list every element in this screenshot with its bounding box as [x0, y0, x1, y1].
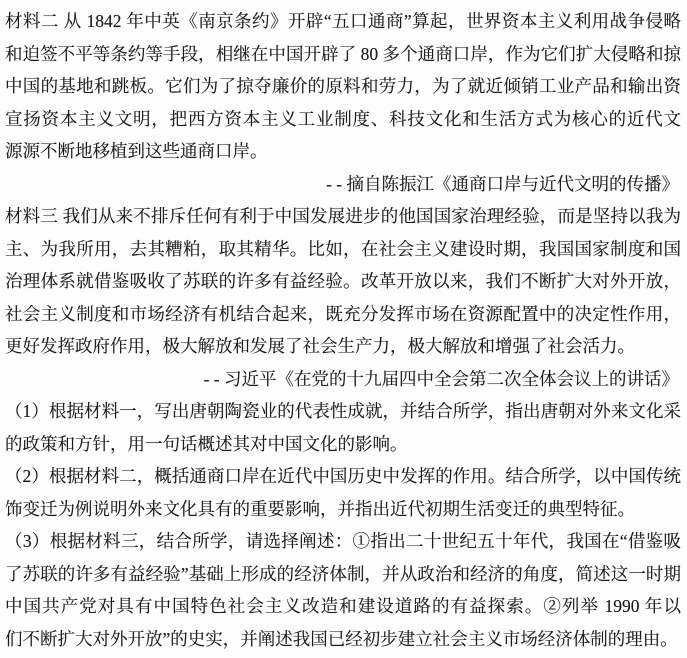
question-3: （3）根据材料三，结合所学，请选择阐述：①指出二十世纪五十年代，我国在“借鉴吸收…: [5, 525, 681, 655]
material3-line: 更好发挥政府作用，极大解放和发展了社会生产力，极大解放和增强了社会活力。: [5, 330, 681, 363]
question-2: （2）根据材料二，概括通商口岸在近代中国历史中发挥的作用。结合所学，以中国传统服…: [5, 460, 681, 525]
material3-line: 主、为我所用，去其糟粕，取其精华。比如，在社会主义建设时期，我国国家制度和国家: [5, 233, 681, 266]
question1-line: 的政策和方针，用一句话概述其对中国文化的影响。: [5, 428, 681, 461]
material-3-paragraph: 材料三 我们从来不排斥任何有利于中国发展进步的他国国家治理经验，而是坚持以我为 …: [5, 200, 681, 395]
question3-line: 中国共产党对具有中国特色社会主义改造和建设道路的有益探索。②列举 1990 年以…: [5, 590, 681, 623]
material2-line: 宣扬资本主义文明，把西方资本主义工业制度、科技文化和生活方式为核心的近代文明，: [5, 103, 681, 136]
question1-line: （1）根据材料一，写出唐朝陶瓷业的代表性成就，并结合所学，指出唐朝对外来文化采取: [5, 395, 681, 428]
document-page: 材料二 从 1842 年中英《南京条约》开辟“五口通商”算起，世界资本主义利用战…: [0, 0, 687, 658]
material2-source-citation: - - 摘自陈振江《通商口岸与近代文明的传播》: [5, 168, 681, 201]
question3-line: （3）根据材料三，结合所学，请选择阐述：①指出二十世纪五十年代，我国在“借鉴吸收: [5, 525, 681, 558]
material3-line: 治理体系就借鉴吸收了苏联的许多有益经验。改革开放以来，我们不断扩大对外开放，把: [5, 265, 681, 298]
material2-line: 源源不断地移植到这些通商口岸。: [5, 135, 681, 168]
material3-line: 材料三 我们从来不排斥任何有利于中国发展进步的他国国家治理经验，而是坚持以我为: [5, 200, 681, 233]
question2-line: （2）根据材料二，概括通商口岸在近代中国历史中发挥的作用。结合所学，以中国传统服: [5, 460, 681, 493]
material3-source-citation: - - 习近平《在党的十九届四中全会第二次全体会议上的讲话》: [5, 363, 681, 396]
material2-line: 和迫签不平等条约等手段，相继在中国开辟了 80 多个通商口岸，作为它们扩大侵略和…: [5, 38, 681, 71]
question3-line: 们不断扩大对外开放”的史实，并阐述我国已经初步建立社会主义市场经济体制的理由。: [5, 623, 681, 656]
material3-line: 社会主义制度和市场经济有机结合起来，既充分发挥市场在资源配置中的决定性作用，又: [5, 298, 681, 331]
material-2-paragraph: 材料二 从 1842 年中英《南京条约》开辟“五口通商”算起，世界资本主义利用战…: [5, 5, 681, 200]
question-1: （1）根据材料一，写出唐朝陶瓷业的代表性成就，并结合所学，指出唐朝对外来文化采取…: [5, 395, 681, 460]
material2-line: 中国的基地和跳板。它们为了掠夺廉价的原料和劳力，为了就近倾销工业产品和输出资本，: [5, 70, 681, 103]
question2-line: 饰变迁为例说明外来文化具有的重要影响，并指出近代初期生活变迁的典型特征。: [5, 493, 681, 526]
material2-line: 材料二 从 1842 年中英《南京条约》开辟“五口通商”算起，世界资本主义利用战…: [5, 5, 681, 38]
question3-line: 了苏联的许多有益经验”基础上形成的经济体制，并从政治和经济的角度，简述这一时期: [5, 558, 681, 591]
